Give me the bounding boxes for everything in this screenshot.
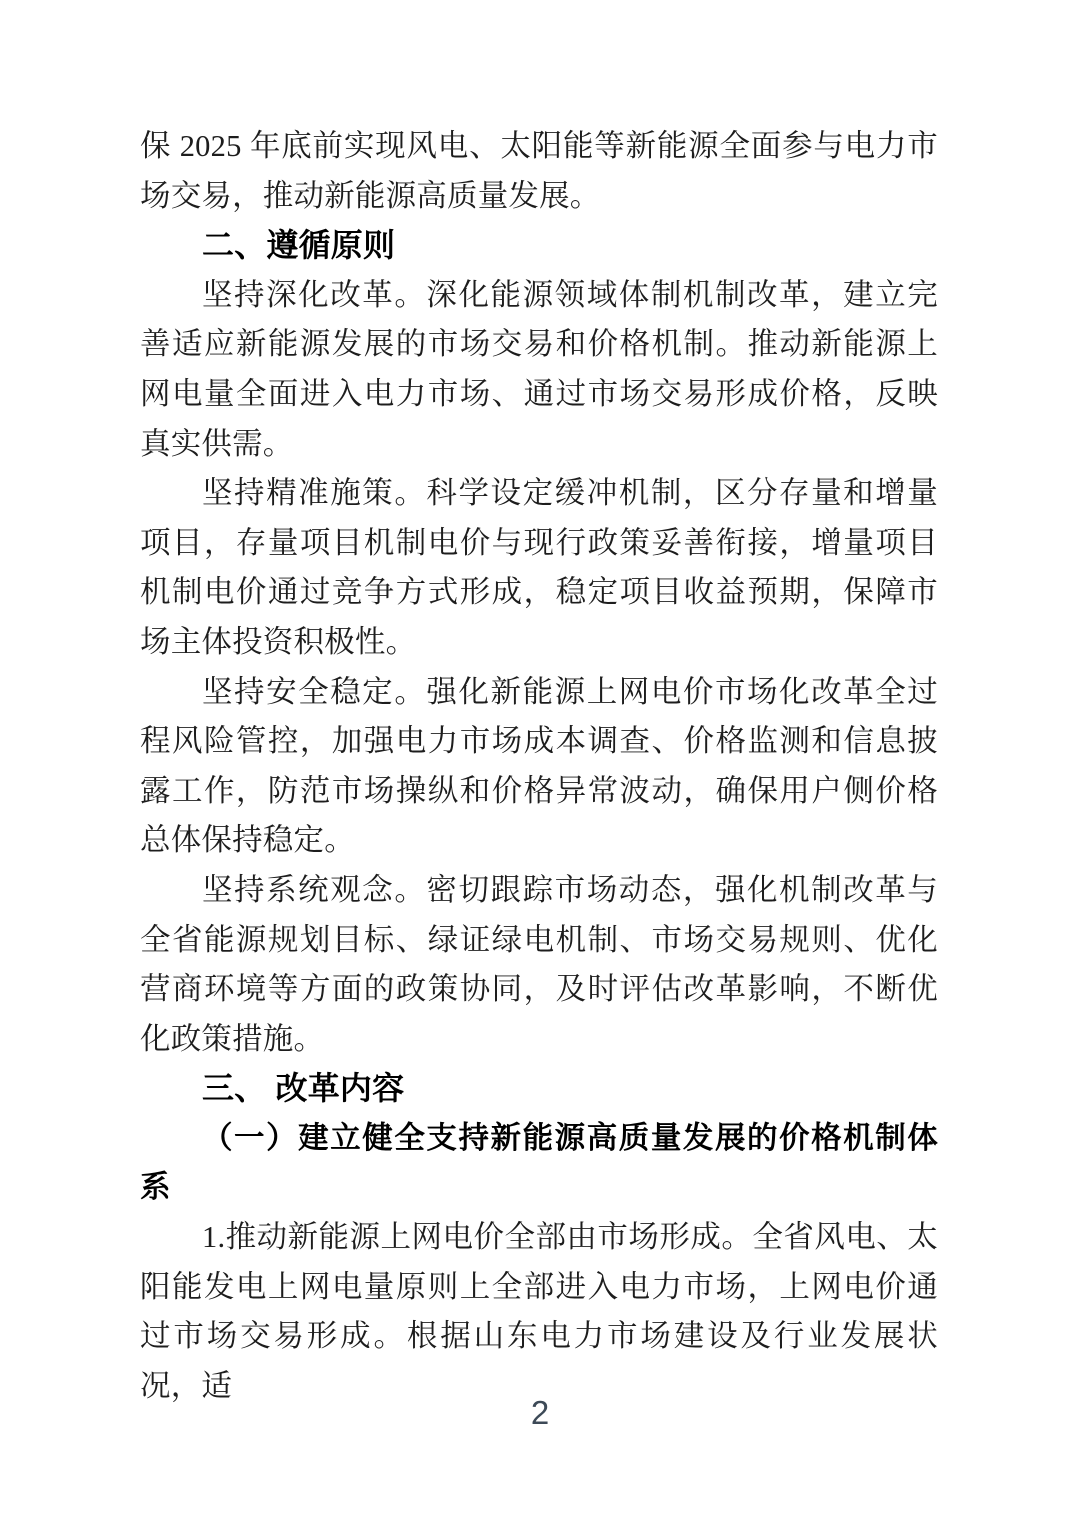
sub-heading-price-mechanism: （一）建立健全支持新能源高质量发展的价格机制体系: [140, 1114, 938, 1213]
paragraph-deepen-reform: 坚持深化改革。深化能源领域体制机制改革，建立完善适应新能源发展的市场交易和价格机…: [140, 271, 938, 469]
document-page: 保 2025 年底前实现风电、太阳能等新能源全面参与电力市场交易，推动新能源高质…: [0, 0, 1080, 1527]
document-body: 保 2025 年底前实现风电、太阳能等新能源全面参与电力市场交易，推动新能源高质…: [140, 122, 938, 1411]
paragraph-precise-policy: 坚持精准施策。科学设定缓冲机制，区分存量和增量项目，存量项目机制电价与现行政策妥…: [140, 469, 938, 667]
section-heading-reform-content: 三、 改革内容: [140, 1064, 938, 1114]
page-number: 2: [0, 1393, 1080, 1433]
paragraph-system-concept: 坚持系统观念。密切跟踪市场动态，强化机制改革与全省能源规划目标、绿证绿电机制、市…: [140, 866, 938, 1064]
section-heading-principles: 二、遵循原则: [140, 221, 938, 271]
paragraph-continuation: 保 2025 年底前实现风电、太阳能等新能源全面参与电力市场交易，推动新能源高质…: [140, 122, 938, 221]
paragraph-market-formed-price: 1.推动新能源上网电价全部由市场形成。全省风电、太阳能发电上网电量原则上全部进入…: [140, 1213, 938, 1411]
paragraph-safety-stability: 坚持安全稳定。强化新能源上网电价市场化改革全过程风险管控，加强电力市场成本调查、…: [140, 668, 938, 866]
